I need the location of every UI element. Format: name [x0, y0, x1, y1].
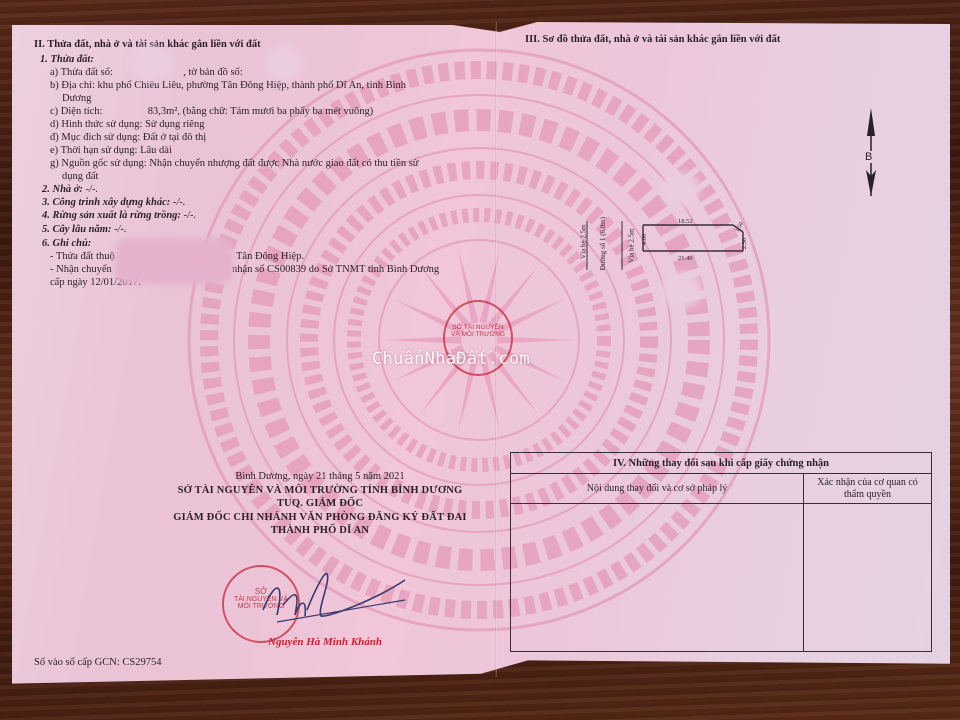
- right-length: 2.50: [738, 238, 751, 249]
- map-sheet-label: , tờ bản đồ số:: [183, 67, 243, 78]
- issuing-department: SỞ TÀI NGUYÊN VÀ MÔI TRƯỜNG TỈNH BÌNH DƯ…: [150, 484, 490, 498]
- other-construction-row: 3. Công trình xây dựng khác: -/-.: [42, 196, 185, 209]
- perennial-label: 5. Cây lâu năm:: [42, 224, 111, 235]
- usage-purpose-row: đ) Mục đích sử dụng: Đất ở tại đô thị: [50, 131, 206, 144]
- signature-block: Bình Dương, ngày 21 tháng 5 năm 2021 SỞ …: [150, 470, 490, 538]
- other-construction-value: -/-.: [173, 197, 186, 208]
- section-iii-title: III. Sơ đồ thửa đất, nhà ở và tài sản kh…: [525, 33, 780, 46]
- address-row: b) Địa chỉ: khu phố Chiêu Liêu, phường T…: [50, 79, 406, 92]
- usage-origin-value: Nhận chuyển nhượng đất được Nhà nước gia…: [149, 158, 418, 169]
- address-value-cont: Dương: [62, 92, 91, 105]
- address-label: b) Địa chỉ:: [50, 80, 95, 91]
- land-number-label: a) Thửa đất số:: [50, 67, 113, 78]
- plot-outline: [585, 215, 755, 270]
- note-line-1-end: Tân Đông Hiệp.: [236, 250, 304, 263]
- bottom-length: 21.40: [678, 252, 693, 265]
- note-line-1: - Thửa đất thuộ: [50, 250, 115, 263]
- usage-form-label: d) Hình thức sử dụng:: [50, 119, 142, 130]
- north-label: B: [865, 151, 872, 163]
- land-heading: 1. Thửa đất:: [40, 53, 94, 66]
- usage-term-row: e) Thời hạn sử dụng: Lâu dài: [50, 144, 172, 157]
- perennial-value: -/-.: [114, 224, 127, 235]
- area-label: c) Diện tích:: [50, 106, 102, 117]
- signer-role-2: GIÁM ĐỐC CHI NHÁNH VĂN PHÒNG ĐĂNG KÝ ĐẤT…: [150, 511, 490, 525]
- usage-term-label: e) Thời hạn sử dụng:: [50, 145, 137, 156]
- redaction-blur: [662, 172, 700, 206]
- usage-form-row: d) Hình thức sử dụng: Sử dụng riêng: [50, 118, 204, 131]
- redaction-blur: [115, 238, 233, 284]
- center-seal-text: SỞ TÀI NGUYÊN VÀ MÔI TRƯỜNG: [445, 324, 511, 338]
- handwritten-signature: [255, 560, 435, 640]
- house-row: 2. Nhà ở: -/-.: [42, 183, 98, 196]
- note-line-2: - Nhận chuyển: [50, 263, 112, 276]
- north-arrow: B: [863, 108, 879, 203]
- notes-heading: 6. Ghi chú:: [42, 237, 91, 250]
- changes-table: IV. Những thay đổi sau khi cấp giấy chứn…: [510, 452, 932, 652]
- usage-origin-row: g) Nguồn gốc sử dụng: Nhận chuyển nhượng…: [50, 157, 419, 170]
- perennial-row: 5. Cây lâu năm: -/-.: [42, 223, 127, 236]
- changes-table-title: IV. Những thay đổi sau khi cấp giấy chứn…: [511, 453, 932, 474]
- address-value: khu phố Chiêu Liêu, phường Tân Đông Hiệp…: [98, 80, 407, 91]
- other-construction-label: 3. Công trình xây dựng khác:: [42, 197, 170, 208]
- usage-form-value: Sử dụng riêng: [145, 119, 204, 130]
- signer-name: Nguyễn Hà Minh Khánh: [268, 636, 382, 649]
- usage-term-value: Lâu dài: [140, 145, 172, 156]
- note-line-2-end: nhận số CS00839 do Sở TNMT tỉnh Bình Dươ…: [232, 263, 439, 276]
- sidewalk-2-label: Vỉa hè 2.5m: [626, 228, 639, 262]
- top-length: 18.52: [678, 215, 693, 228]
- left-length: 4.00: [638, 234, 651, 245]
- sidewalk-1-label: Vỉa hè 2.5m: [578, 224, 591, 258]
- redaction-blur: [662, 272, 702, 308]
- usage-origin-label: g) Nguồn gốc sử dụng:: [50, 158, 147, 169]
- redaction-blur: [265, 46, 303, 80]
- area-value: 83,3m², (bằng chữ: Tám mươi ba phẩy ba m…: [148, 106, 373, 117]
- signer-role-1: TUQ. GIÁM ĐỐC: [150, 497, 490, 511]
- house-value: -/-.: [86, 184, 99, 195]
- signer-role-3: THÀNH PHỐ DĨ AN: [150, 524, 490, 538]
- site-watermark: ChuẩnNhàĐất.com: [372, 349, 530, 369]
- forest-value: -/-.: [184, 210, 197, 221]
- changes-content-cell: [511, 504, 804, 652]
- road-label: Đường số 1 (6.0m): [597, 217, 610, 270]
- usage-origin-value-cont: dụng đất: [62, 170, 98, 183]
- issue-date: Bình Dương, ngày 21 tháng 5 năm 2021: [150, 470, 490, 484]
- changes-col-content-header: Nội dung thay đổi và cơ sở pháp lý: [511, 474, 804, 504]
- house-label: 2. Nhà ở:: [42, 184, 83, 195]
- usage-purpose-value: Đất ở tại đô thị: [143, 132, 206, 143]
- changes-approval-cell: [804, 504, 932, 652]
- usage-purpose-label: đ) Mục đích sử dụng:: [50, 132, 140, 143]
- redaction-blur: [130, 46, 172, 80]
- changes-col-approval-header: Xác nhận của cơ quan có thẩm quyền: [804, 474, 932, 504]
- forest-row: 4. Rừng sản xuất là rừng trồng: -/-.: [42, 209, 196, 222]
- forest-label: 4. Rừng sản xuất là rừng trồng:: [42, 210, 181, 221]
- area-row: c) Diện tích: 83,3m², (bằng chữ: Tám mươ…: [50, 105, 373, 118]
- register-number: Số vào sổ cấp GCN: CS29754: [34, 656, 161, 669]
